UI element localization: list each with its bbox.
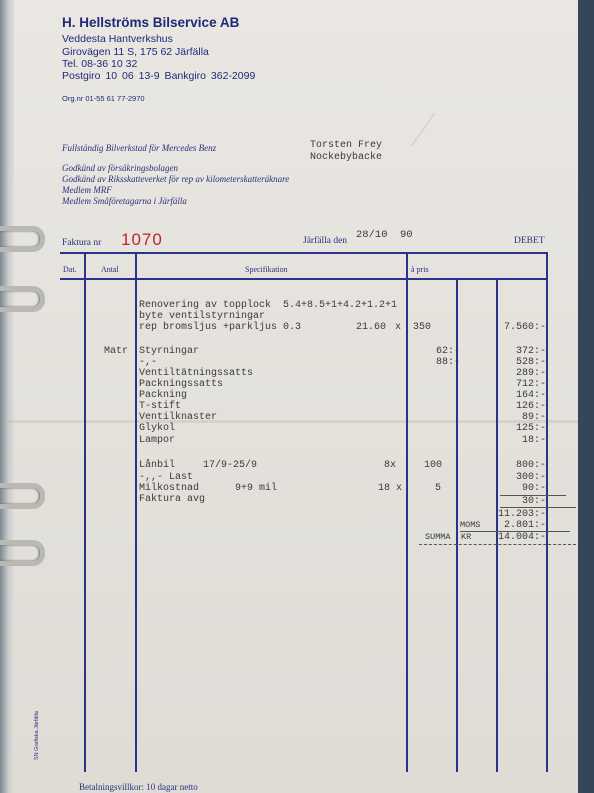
charge-name: Milkostnad: [139, 483, 199, 494]
invoice-year: 90: [400, 229, 413, 241]
summa-label: SUMMA: [425, 532, 451, 543]
labor-line: byte ventilstyrningar: [139, 311, 265, 322]
material-name: T-stift: [139, 401, 181, 412]
moms-amount: 2.801:-: [476, 520, 546, 531]
header-antal: Antal: [101, 265, 119, 274]
material-amount: 126:-: [476, 401, 546, 412]
credential-line: Medlem MRF: [62, 185, 112, 195]
charge-qty: 8x: [384, 460, 396, 471]
charge-detail: 17/9-25/9: [203, 460, 257, 471]
invoice-number: 1070: [121, 230, 163, 250]
labor-hours: 21.60: [356, 322, 386, 333]
printer-imprint: SN Grafiska Järfälla: [34, 711, 40, 760]
material-name: Lampor: [139, 435, 175, 446]
material-amount: 164:-: [476, 390, 546, 401]
recipient-block: Torsten Frey Nockebybacke: [310, 140, 382, 164]
header-a-pris: à pris: [411, 265, 429, 274]
recipient-name: Torsten Frey: [310, 140, 382, 152]
labor-amount: 7.560:-: [476, 322, 546, 333]
column-divider: [406, 252, 408, 772]
binder-ring-icon: [0, 540, 45, 566]
labor-rate: 350: [413, 322, 431, 333]
charge-detail: 9+9 mil: [235, 483, 277, 494]
material-label: Matr: [104, 346, 128, 357]
labor-line: rep bromsljus +parkljus 0.3: [139, 322, 301, 333]
company-orgnr: Org.nr 01-55 61 77-2970: [62, 94, 145, 103]
material-amount: 89:-: [476, 412, 546, 423]
background-surface: [578, 0, 594, 793]
company-address-2: Girovägen 11 S, 175 62 Järfälla: [62, 46, 209, 58]
charge-amount: 30:-: [476, 496, 546, 507]
company-giro: Postgiro 10 06 13-9 Bankgiro 362-2099: [62, 70, 255, 82]
charge-name: Lånbil: [139, 460, 175, 471]
column-divider: [84, 252, 86, 772]
material-amount: 528:-: [476, 357, 546, 368]
charge-name: Faktura avg: [139, 494, 205, 505]
company-phone: Tel. 08-36 10 32: [62, 58, 137, 70]
header-specifikation: Specifikation: [245, 265, 288, 274]
company-tagline: Fullständig Bilverkstad för Mercedes Ben…: [62, 143, 216, 153]
binder-edge: [0, 0, 14, 793]
table-right-border: [546, 252, 548, 772]
binder-ring-icon: [0, 483, 45, 509]
material-unit-price: 62:-: [390, 346, 460, 357]
material-name: Packning: [139, 390, 187, 401]
debet-label: DEBET: [514, 236, 545, 246]
header-dat: Dat.: [63, 265, 77, 274]
recipient-address: Nockebybacke: [310, 152, 382, 164]
company-name: H. Hellströms Bilservice AB: [62, 15, 239, 30]
table-top-border: [60, 252, 548, 254]
credential-line: Godkänd av försäkringsbolagen: [62, 163, 178, 173]
table-header-border: [60, 278, 548, 280]
company-address-1: Veddesta Hantverkshus: [62, 33, 173, 45]
material-name: Ventiltätningssatts: [139, 368, 253, 379]
invoice-number-label: Faktura nr: [62, 238, 101, 248]
total-double-underline: [419, 544, 576, 545]
charge-qty: 18 x: [378, 483, 402, 494]
column-divider: [135, 252, 137, 772]
kr-label: KR: [461, 532, 471, 543]
material-amount: 372:-: [476, 346, 546, 357]
total-amount: 14.004:-: [476, 532, 546, 543]
material-amount: 289:-: [476, 368, 546, 379]
binder-ring-icon: [0, 226, 45, 252]
underline: [500, 507, 576, 508]
material-unit-price: 88:-: [390, 357, 460, 368]
subtotal-amount: 11.203:-: [476, 509, 546, 520]
charge-unit-price: 100: [424, 460, 442, 471]
payment-terms: Betalningsvillkor: 10 dagar netto: [79, 782, 198, 792]
material-amount: 712:-: [476, 379, 546, 390]
charge-unit-price: 5: [435, 483, 441, 494]
material-name: Glykol: [139, 423, 175, 434]
material-name: Packningssatts: [139, 379, 223, 390]
material-name: Styrningar: [139, 346, 199, 357]
charge-amount: 90:-: [476, 483, 546, 494]
invoice-place-label: Järfälla den: [303, 236, 347, 246]
material-name: Ventilknaster: [139, 412, 217, 423]
credential-line: Godkänd av Riksskatteverket för rep av k…: [62, 174, 289, 184]
labor-times: x: [395, 322, 401, 333]
material-amount: 18:-: [476, 435, 546, 446]
binder-ring-icon: [0, 286, 45, 312]
charge-amount: 800:-: [476, 460, 546, 471]
charge-amount: 300:-: [476, 472, 546, 483]
invoice-date: 28/10: [356, 229, 388, 241]
material-name: -,-: [139, 357, 157, 368]
credential-line: Medlem Småföretagarna i Järfälla: [62, 196, 187, 206]
material-amount: 125:-: [476, 423, 546, 434]
charge-name: -,,- Last: [139, 472, 193, 483]
labor-line: Renovering av topplock 5.4+8.5+1+4.2+1.2…: [139, 300, 397, 311]
